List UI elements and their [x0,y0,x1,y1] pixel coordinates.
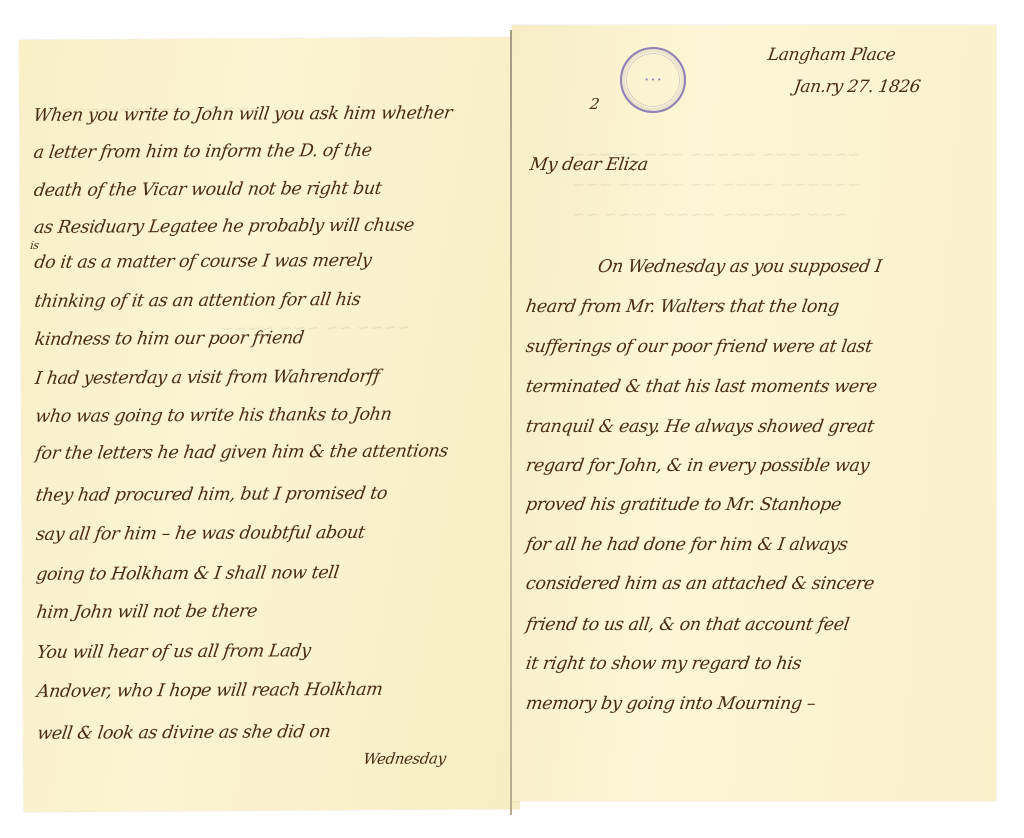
letter-line: thinking of it as an attention for all h… [33,290,361,312]
letter-line: a letter from him to inform the D. of th… [32,141,373,163]
letter-line: death of the Vicar would not be right bu… [33,179,383,201]
letter-line: kindness to him our poor friend [33,328,304,350]
letter-line: Andover, who I hope will reach Holkham [36,680,384,702]
letter-line: I had yesterday a visit from Wahrendorff [34,367,381,389]
letter-line: regard for John, & in every possible way [525,456,871,476]
letter-line: as Residuary Legatee he probably will ch… [33,216,415,238]
ink-bleed-through: ~~~~~~ ~~~~ ~~ ~~~~~ ~~~ [572,175,860,194]
letter-line: heard from Mr. Walters that the long [525,297,841,317]
letter-date: Jan.ry 27. 1826 [793,77,922,97]
letter-line: tranquil & easy. He always showed great [525,417,875,437]
letter-line: On Wednesday as you supposed I [597,257,883,277]
letter-line: going to Holkham & I shall now tell [35,563,340,585]
letter-line: it right to show my regard to his [525,654,803,674]
letter-page-left: ~~~ ~~ ~~~~~ ~~~~ ~~~~ ~~ ~~~ ~~~~ When … [19,37,520,812]
letter-line: You will hear of us all from Lady [35,641,311,663]
archive-stamp: • • • [620,47,686,113]
letter-line: him John will not be there [35,602,258,623]
letter-line: say all for him – he was doubtful about [35,523,366,545]
letter-line: they had procured him, but I promised to [34,484,388,506]
ink-bleed-through: ~~~ ~~~~~~ ~~~~ ~~~~ ~~ [572,205,847,224]
letter-line: terminated & that his last moments were [525,377,878,397]
letter-line: When you write to John will you ask him … [32,103,453,126]
letter-line: do it as a matter of course I was merely [33,251,373,273]
letter-line: well & look as divine as she did on [36,722,332,744]
letter-line: for the letters he had given him & the a… [34,441,449,464]
letter-line: considered him as an attached & sincere [525,574,876,594]
letter-line: Wednesday [362,749,447,768]
letter-address: Langham Place [767,45,897,65]
insertion-mark: is [29,239,39,252]
letter-salutation: My dear Eliza [529,155,650,175]
letter-line: proved his gratitude to Mr. Stanhope [525,495,843,515]
letter-page-right: ~~~~ ~~~ ~~~~~ ~~~ ~~~~~ ~~~~~~ ~~~~ ~~ … [512,25,996,801]
letter-line: sufferings of our poor friend were at la… [525,337,874,357]
letter-line: for all he had done for him & I always [525,535,849,555]
letter-line: friend to us all, & on that account feel [525,615,851,635]
stamp-ring [626,53,680,107]
letter-line: who was going to write his thanks to Joh… [34,405,393,427]
page-number: 2 [589,95,601,113]
letter-line: memory by going into Mourning – [525,694,817,714]
